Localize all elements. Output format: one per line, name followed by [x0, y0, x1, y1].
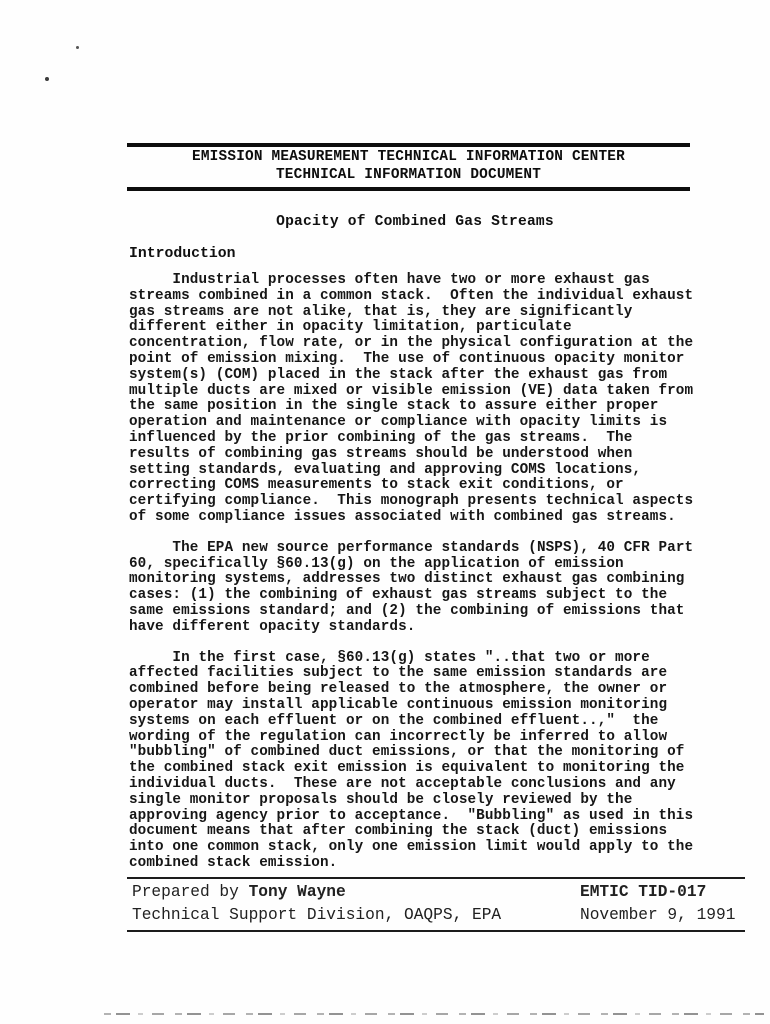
section-heading-introduction: Introduction — [129, 246, 236, 262]
paragraph: The EPA new source performance standards… — [129, 541, 721, 636]
footer-prepared-by: Prepared by Tony Wayne — [127, 881, 346, 904]
footer-document-id: EMTIC TID-017 — [580, 881, 745, 904]
paragraph: Industrial processes often have two or m… — [129, 273, 721, 526]
document-title: Opacity of Combined Gas Streams — [129, 214, 701, 230]
document-footer: Prepared by Tony Wayne EMTIC TID-017 Tec… — [127, 877, 745, 932]
scan-artifact-line — [104, 1013, 764, 1015]
document-body: Industrial processes often have two or m… — [129, 273, 721, 872]
prepared-by-label: Prepared by — [132, 883, 239, 901]
paragraph: In the first case, §60.13(g) states "..t… — [129, 651, 721, 872]
footer-organization: Technical Support Division, OAQPS, EPA — [127, 904, 501, 927]
masthead-text: EMISSION MEASUREMENT TECHNICAL INFORMATI… — [127, 147, 690, 187]
scan-artifact-dot — [76, 46, 79, 49]
document-masthead: EMISSION MEASUREMENT TECHNICAL INFORMATI… — [127, 143, 690, 191]
masthead-line2: TECHNICAL INFORMATION DOCUMENT — [127, 167, 690, 185]
prepared-by-name: Tony Wayne — [249, 883, 346, 901]
footer-date: November 9, 1991 — [580, 904, 745, 927]
footer-row: Technical Support Division, OAQPS, EPA N… — [127, 904, 745, 927]
masthead-rule-bottom — [127, 187, 690, 191]
footer-row: Prepared by Tony Wayne EMTIC TID-017 — [127, 881, 745, 904]
document-page: EMISSION MEASUREMENT TECHNICAL INFORMATI… — [0, 0, 770, 1024]
scan-artifact-dot — [45, 77, 49, 81]
masthead-line1: EMISSION MEASUREMENT TECHNICAL INFORMATI… — [127, 149, 690, 167]
